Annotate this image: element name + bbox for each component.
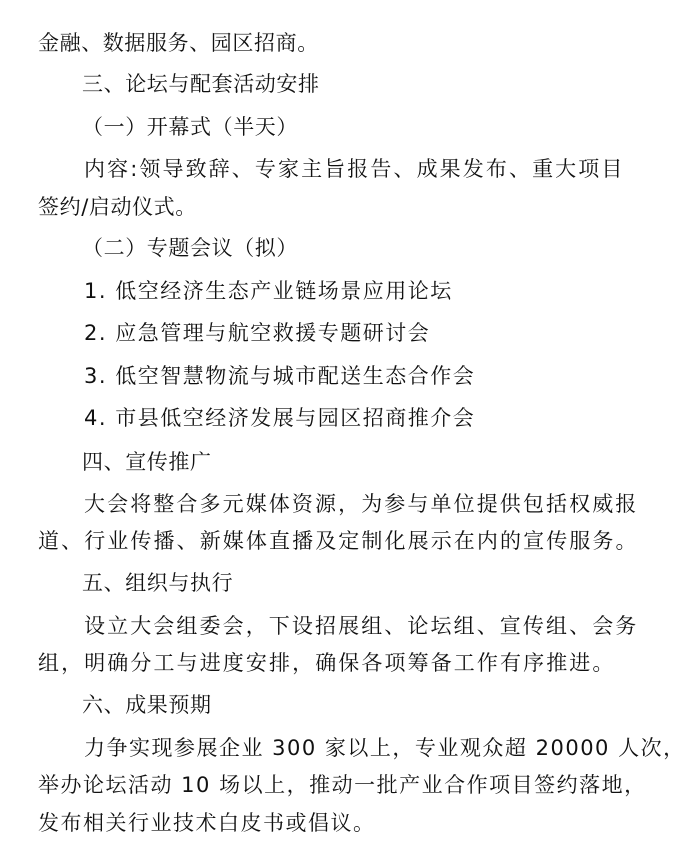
paragraph-line: 内容:领导致辞、专家主旨报告、成果发布、重大项目 xyxy=(84,156,624,182)
section-heading-3: 三、论坛与配套活动安排 xyxy=(82,71,320,97)
section-heading-4: 四、宣传推广 xyxy=(82,449,212,475)
list-item-2: 2. 应急管理与航空救援专题研讨会 xyxy=(84,320,430,346)
list-item-3: 3. 低空智慧物流与城市配送生态合作会 xyxy=(84,363,475,389)
paragraph-line: 组，明确分工与进度安排，确保各项筹备工作有序推进。 xyxy=(38,650,616,676)
paragraph-line: 大会将整合多元媒体资源，为参与单位提供包括权威报 xyxy=(84,491,638,517)
list-item-4: 4. 市县低空经济发展与园区招商推介会 xyxy=(84,405,475,431)
section-heading-5: 五、组织与执行 xyxy=(82,570,233,596)
subheading-opening-ceremony: （一）开幕式（半天） xyxy=(82,114,298,140)
paragraph-line: 力争实现参展企业 300 家以上，专业观众超 20000 人次， xyxy=(84,735,677,761)
paragraph-line: 举办论坛活动 10 场以上，推动一批产业合作项目签约落地， xyxy=(38,772,647,798)
paragraph-line: 道、行业传播、新媒体直播及定制化展示在内的宣传服务。 xyxy=(38,528,639,554)
paragraph-line: 设立大会组委会，下设招展组、论坛组、宣传组、会务 xyxy=(84,613,638,639)
subheading-thematic-meetings: （二）专题会议（拟） xyxy=(82,235,298,261)
paragraph-line: 签约/启动仪式。 xyxy=(38,194,197,220)
list-item-1: 1. 低空经济生态产业链场景应用论坛 xyxy=(84,278,453,304)
paragraph-continuation-line: 金融、数据服务、园区招商。 xyxy=(38,30,319,56)
document-page: 金融、数据服务、园区招商。 三、论坛与配套活动安排 （一）开幕式（半天） 内容:… xyxy=(0,0,677,853)
paragraph-line: 发布相关行业技术白皮书或倡议。 xyxy=(38,810,376,836)
section-heading-6: 六、成果预期 xyxy=(82,692,212,718)
